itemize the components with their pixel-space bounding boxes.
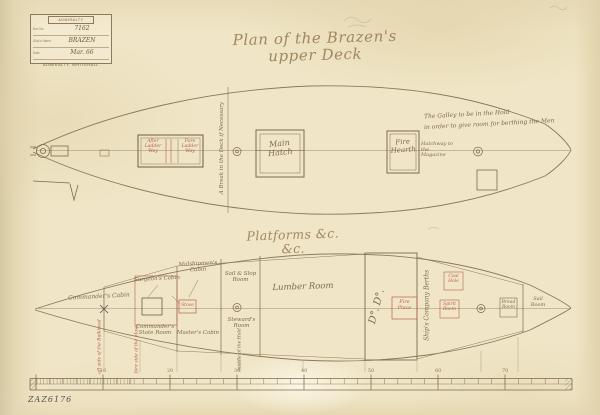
- stamp-label: Date: [33, 51, 55, 55]
- stamp-row-ship-name: Ship's Name BRAZEN: [33, 37, 109, 48]
- stamp-row-date: Date Mar. 66: [33, 49, 109, 60]
- main-mast-circle: [474, 147, 483, 156]
- fore-ladderway-label: Fore Ladder Way: [180, 139, 200, 154]
- coal-hole-label: Coal Hole: [445, 274, 462, 284]
- scale-tick-label: 40: [301, 368, 307, 374]
- label-leader-lines: [148, 280, 198, 304]
- after-ladderway-label: After Ladder Way: [141, 139, 165, 154]
- stamp-label: Ship's Name: [33, 39, 55, 43]
- stamp-value-box-no: 7162: [55, 25, 109, 32]
- scale-tick-labels: 10203040506070: [0, 368, 600, 377]
- platforms-heading: Platforms &c. &c.: [238, 226, 349, 258]
- stamp-value-ship-name: BRAZEN: [55, 37, 109, 44]
- skylight-square: [142, 298, 162, 315]
- midshipmens-cabin-label: Midshipmen's Cabin: [177, 260, 220, 274]
- scale-tick-label: 10: [100, 368, 106, 374]
- station-note-1: aft side of the Bulkhead: [97, 319, 102, 375]
- stamp-label: Box No.: [33, 27, 55, 31]
- platform-hull-outline: [35, 254, 571, 361]
- scale-tick-label: 60: [435, 368, 441, 374]
- masters-cabin-label: Master's Cabin: [176, 330, 220, 336]
- upper-deck-hatch-square: [477, 170, 497, 190]
- scale-tick-label: 70: [502, 368, 508, 374]
- scale-tick-label: 20: [167, 368, 173, 374]
- stamp-footer: ADMIRALTY, WHITEHALL: [33, 62, 109, 67]
- bread-room-label: Bread Room: [500, 300, 517, 310]
- station-lines: [104, 331, 518, 372]
- sail-slop-room-label: Sail & Slop Room: [222, 271, 259, 283]
- stern-rudder-head: [30, 145, 68, 158]
- sail-room-label: Sail Room: [527, 297, 549, 308]
- catalog-number: ZAZ6176: [28, 395, 72, 404]
- fire-place-label: Fire Place: [393, 300, 416, 311]
- stamp-row-box-no: Box No. 7162: [33, 25, 109, 36]
- upper-deck-hull-outline: [33, 86, 571, 214]
- mizen-mast-circle: [233, 148, 241, 156]
- fire-hearth-label: Fire Hearth: [388, 138, 417, 156]
- ship-plan-sheet: ADMIRALTY Box No. 7162 Ship's Name BRAZE…: [0, 0, 600, 415]
- stamp-header: ADMIRALTY: [48, 16, 94, 24]
- spirit-room-label: Spirit Room: [441, 302, 458, 312]
- stove-label: Stove: [180, 303, 195, 308]
- ships-company-berths-label: Ship's Company Berths: [425, 265, 432, 345]
- deck-fitting-small: [100, 150, 109, 156]
- stern-boomkin-mark: [33, 181, 78, 200]
- hatchway-note: Hatchway to the Magazine: [421, 142, 455, 159]
- stamp-value-date: Mar. 66: [55, 49, 109, 56]
- scale-tick-label: 50: [368, 368, 374, 374]
- platform-bulkheads: [104, 256, 523, 357]
- platform-deck-edges: [104, 254, 523, 359]
- surgeons-cabin-outline: [135, 276, 177, 325]
- plan-title: Plan of the Brazen's upper Deck: [215, 27, 416, 66]
- scale-tick-label: 30: [234, 368, 240, 374]
- main-mast-platform-circle: [233, 304, 241, 312]
- admiralty-stamp: ADMIRALTY Box No. 7162 Ship's Name BRAZE…: [30, 14, 112, 64]
- deck-break-note: A Break in the Deck if Necessary: [219, 93, 225, 203]
